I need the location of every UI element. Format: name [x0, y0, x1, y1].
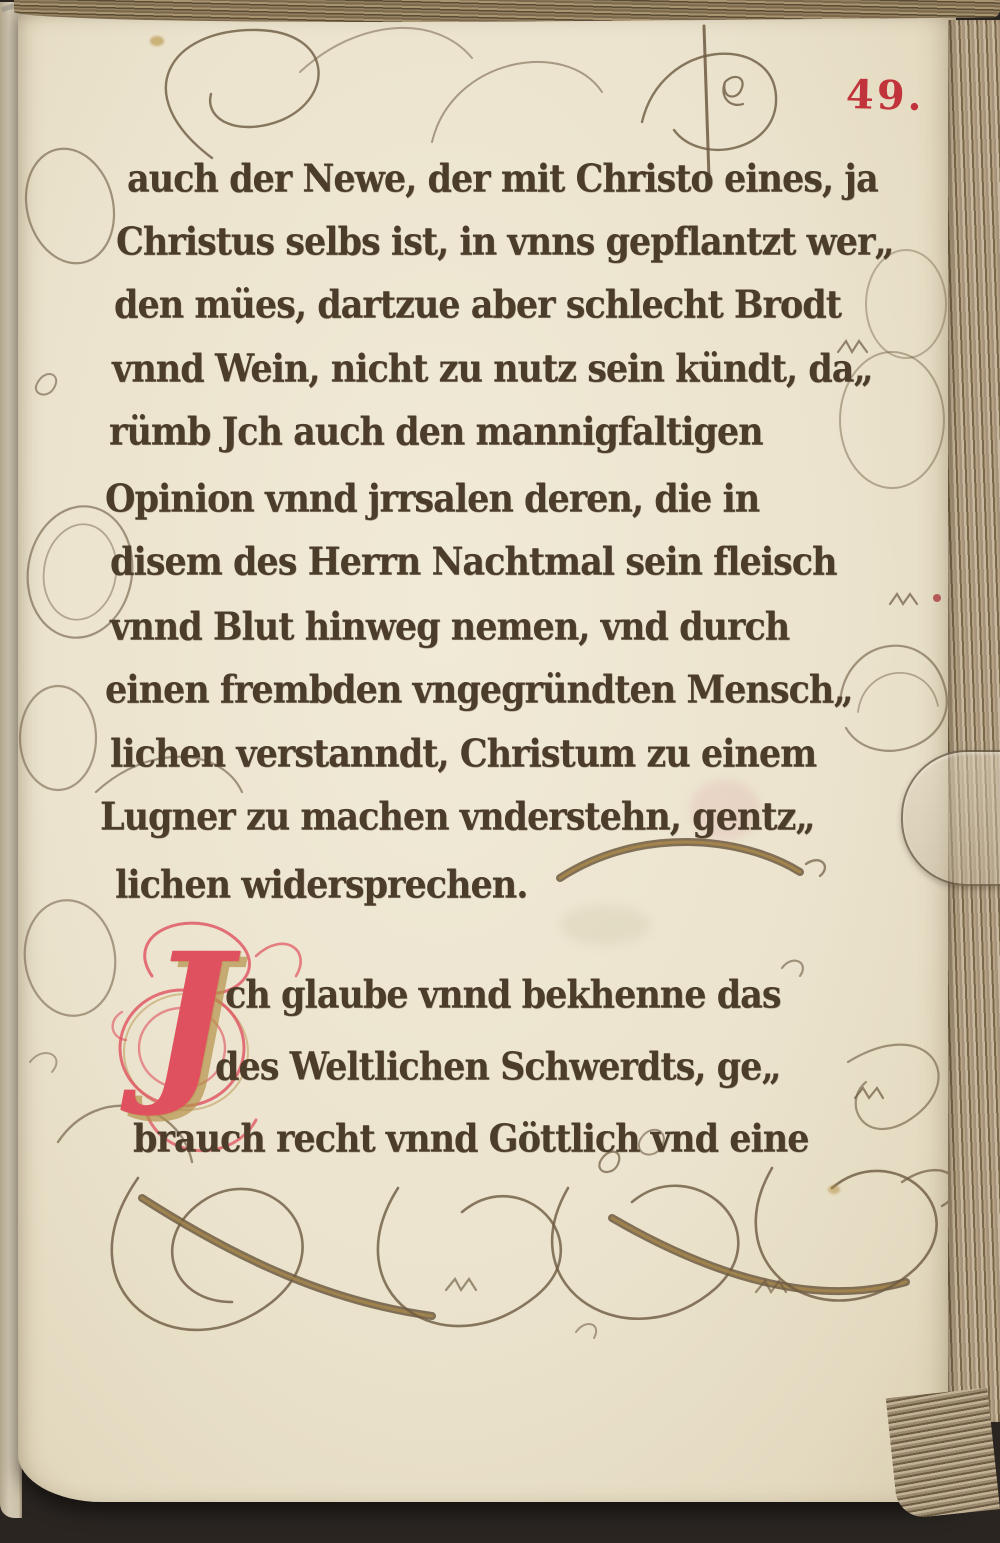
manuscript-line: lichen widersprechen.: [115, 858, 527, 913]
manuscript-line: lichen verstanndt, Christum zu einem: [110, 727, 816, 782]
manuscript-line: den mües, dartzue aber schlecht Brodt: [114, 278, 841, 333]
manuscript-line: Opinion vnnd jrrsalen deren, die in: [105, 472, 759, 527]
manuscript-line: Lugner zu machen vnderstehn, gentz„: [100, 790, 814, 845]
folio-number: 49.: [845, 75, 925, 117]
manuscript-line: des Weltlichen Schwerdts, ge„: [215, 1040, 781, 1095]
manuscript-line: brauch recht vnnd Göttlich vnd eine: [133, 1112, 809, 1167]
manuscript-line: ch glaube vnnd bekhenne das: [225, 968, 781, 1023]
manuscript-line: einen frembden vngegründten Mensch„: [105, 663, 852, 718]
manuscript-line: auch der Newe, der mit Christo eines, ja: [127, 152, 878, 207]
manuscript-line: Christus selbs ist, in vnns gepflantzt w…: [116, 215, 894, 270]
decorated-initial: J: [148, 930, 231, 1106]
fore-edge-bottom-corner: [886, 1388, 1000, 1520]
manuscript-photo: 49. auch der Newe, der mit Christo eines…: [0, 0, 1000, 1543]
manuscript-line: vnnd Wein, nicht zu nutz sein kündt, da„: [112, 342, 873, 397]
manuscript-line: disem des Herrn Nachtmal sein fleisch: [110, 535, 837, 590]
manuscript-line: vnnd Blut hinweg nemen, vnd durch: [110, 600, 789, 655]
manuscript-line: rümb Jch auch den mannigfaltigen: [109, 405, 763, 460]
fore-edge-page-stack: [948, 20, 1000, 1422]
